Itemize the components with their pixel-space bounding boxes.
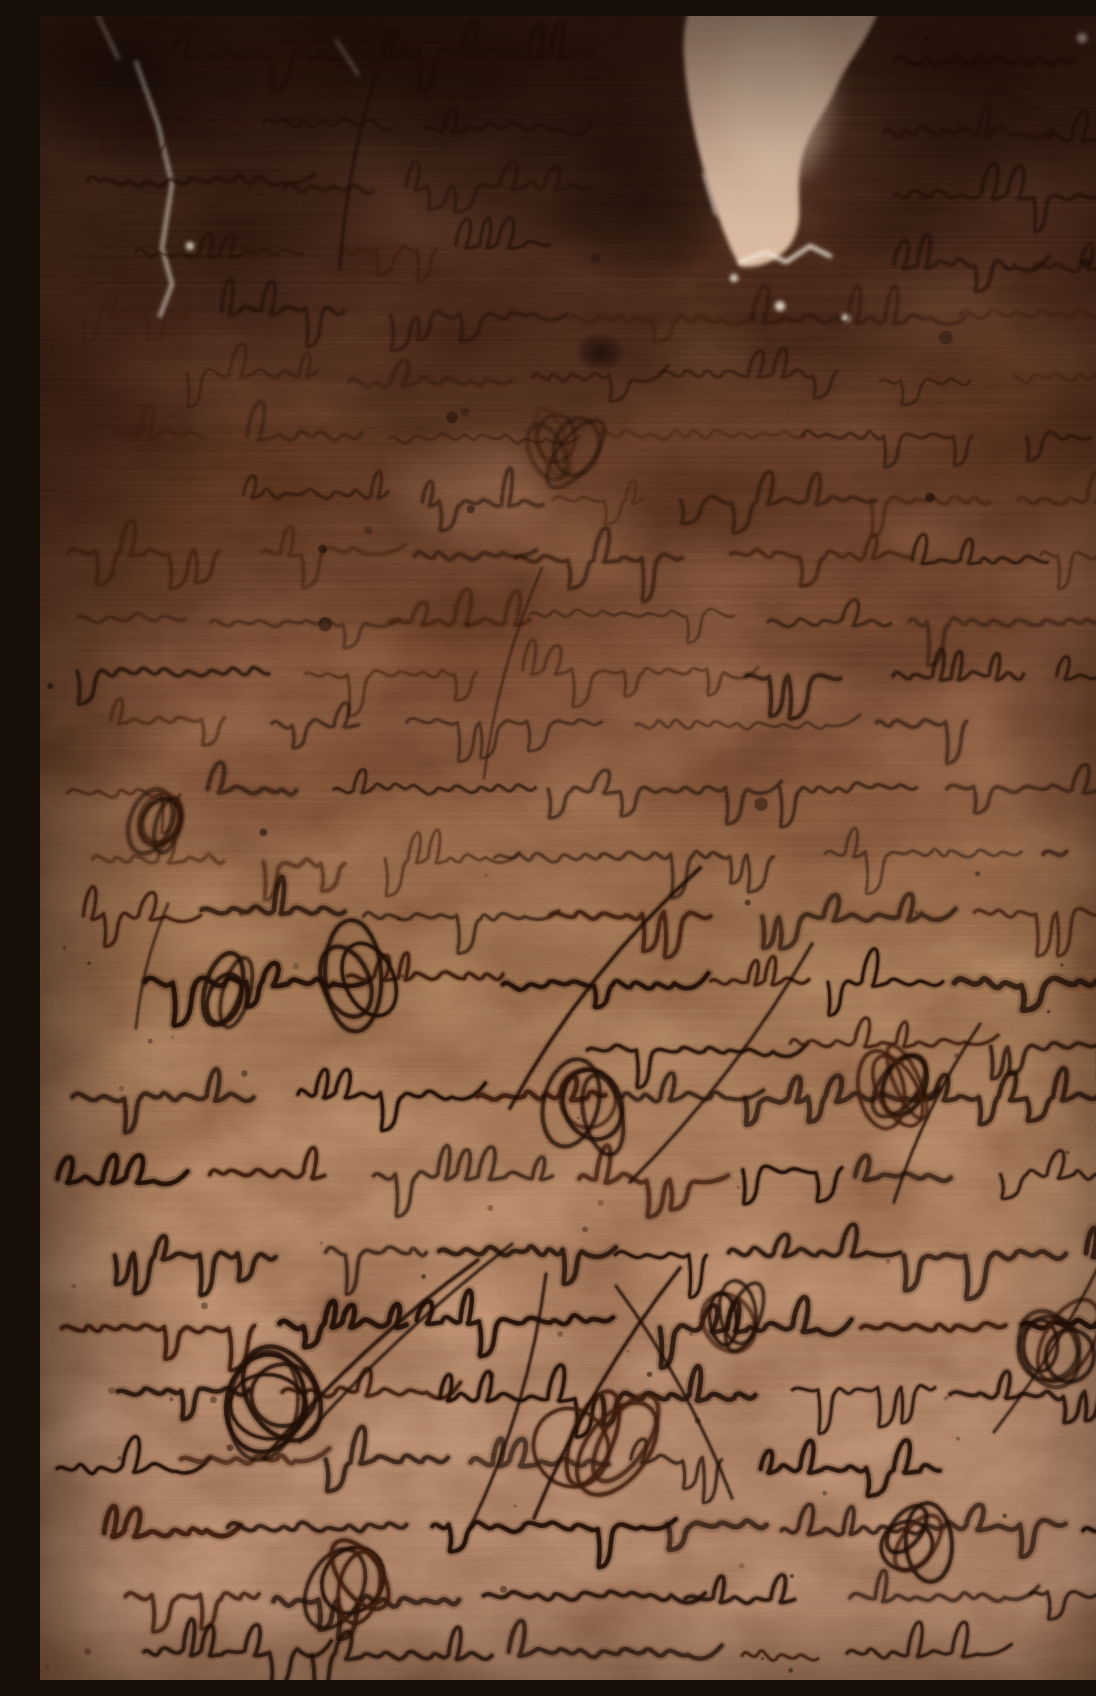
grain-noise-rect <box>40 16 1096 1680</box>
texture-grain <box>40 16 1096 1680</box>
manuscript-photo: Aged manuscript leaf with dense cursive … <box>40 16 1096 1680</box>
